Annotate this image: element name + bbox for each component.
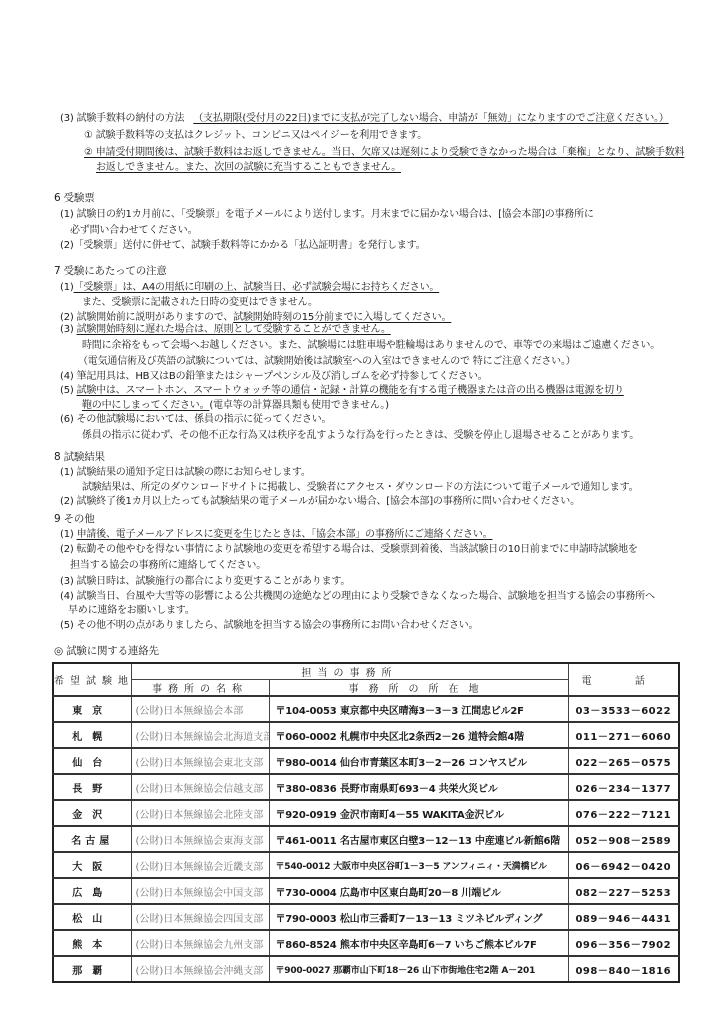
place-cell: 那覇 (53, 956, 131, 982)
table-row: 大阪 (公財)日本無線協会近畿支部 〒540-0012 大阪市中央区谷町1－3－… (53, 852, 679, 878)
other-item-5: (5) その他不明の点がありましたら、試験地を担当する協会の事務所にお問い合わせ… (60, 619, 478, 632)
office-name-cell: (公財)日本無線協会北陸支部 (131, 800, 269, 826)
notice-item-1-number: (1) (60, 282, 74, 293)
header-place: 希望試験地 (53, 663, 131, 696)
other-item-1-text: 申請後、電子メールアドレスに変更を生じたときは、「協会本部」の事務所にご連絡くだ… (77, 529, 493, 540)
notice-item-2-underlined: 試験開始時刻の15分前までに入場してください。 (233, 312, 451, 323)
table-row: 東京 (公財)日本無線協会本部 〒104-0053 東京都中央区晴海3－3－3 … (53, 696, 679, 722)
admission-ticket-item-2: (2)「受験票」送付に併せて、試験手数料等にかかる「払込証明書」を発行します。 (60, 239, 425, 252)
section-9-heading: 9 その他 (54, 513, 95, 526)
place-cell: 広島 (53, 878, 131, 904)
phone-cell: 022－265－0575 (568, 748, 679, 774)
office-name-cell: (公財)日本無線協会本部 (131, 696, 269, 722)
notice-item-1-cont: また、受験票に記載された日時の変更はできません。 (82, 296, 318, 309)
phone-cell: 076－222－7121 (568, 800, 679, 826)
place-cell: 熊本 (53, 930, 131, 956)
notice-item-6: (6) その他試験場においては、係員の指示に従ってください。 (60, 413, 331, 426)
admission-ticket-item-1-cont: 必ず問い合わせてください。 (70, 224, 197, 237)
notice-item-5-number: (5) (60, 385, 74, 396)
contacts-title: ◎ 試験に関する連絡先 (54, 645, 159, 658)
header-office-address: 事務所の所在地 (269, 680, 568, 697)
office-name-cell: (公財)日本無線協会中国支部 (131, 878, 269, 904)
section-7-heading: 7 受験にあたっての注意 (54, 265, 167, 278)
header-phone: 電 話 (568, 663, 679, 696)
results-item-2: (2) 試験終了後1カ月以上たっても試験結果の電子メールが届かない場合、[協会本… (60, 495, 580, 508)
fee-payment-item: (3) 試験手数料の納付の方法 （支払期限(受付月の22日)までに支払が完了しな… (60, 112, 669, 125)
place-cell: 大阪 (53, 852, 131, 878)
notice-item-5-cont: 鞄の中にしまってください。(電卓等の計算器具類も使用できません。) (82, 399, 389, 412)
table-row: 名古屋 (公財)日本無線協会東海支部 〒461-0011 名古屋市東区白壁3－1… (53, 826, 679, 852)
address-cell: 〒461-0011 名古屋市東区白壁3－12－13 中産連ビル新館6階 (269, 826, 568, 852)
address-cell: 〒860-8524 熊本市中央区辛島町6－7 いちご熊本ビル7F (269, 930, 568, 956)
notice-item-5-underlined-cont: 鞄の中にしまってください。 (82, 400, 209, 411)
phone-cell: 026－234－1377 (568, 774, 679, 800)
place-cell: 長野 (53, 774, 131, 800)
header-office-group: 担当の事務所 (131, 663, 568, 680)
table-row: 札幌 (公財)日本無線協会北海道支部 〒060-0002 札幌市中央区北2条西2… (53, 722, 679, 748)
other-item-4: (4) 試験当日、台風や大雪等の影響による公共機関の途絶などの理由により受験でき… (60, 590, 655, 603)
notice-item-5-text: 試験中は、スマートホン、スマートウォッチ等の通信・記録・計算の機能を有する電子機… (77, 385, 624, 396)
office-name-cell: (公財)日本無線協会北海道支部 (131, 722, 269, 748)
notice-item-3-text: 試験開始時刻に遅れた場合は、原則として受験することができません。 (77, 324, 391, 335)
fee-payment-deadline-note: （支払期限(受付月の22日)までに支払が完了しない場合、申請が「無効」になります… (193, 113, 668, 124)
place-cell: 東京 (53, 696, 131, 722)
address-cell: 〒540-0012 大阪市中央区谷町1－3－5 アンフィニィ・天満橋ビル (269, 852, 568, 878)
header-office-name: 事務所の名称 (131, 680, 269, 697)
table-row: 熊本 (公財)日本無線協会九州支部 〒860-8524 熊本市中央区辛島町6－7… (53, 930, 679, 956)
place-cell: 仙台 (53, 748, 131, 774)
notice-item-3: (3) 試験開始時刻に遅れた場合は、原則として受験することができません。 (60, 323, 391, 336)
table-row: 長野 (公財)日本無線協会信越支部 〒380-0836 長野市南県町693－4 … (53, 774, 679, 800)
address-cell: 〒380-0836 長野市南県町693－4 共栄火災ビル (269, 774, 568, 800)
notice-item-5-rest: (電卓等の計算器具類も使用できません。) (209, 400, 388, 411)
other-item-4-cont: 早めに連絡をお願いします。 (68, 604, 195, 617)
document-page: (3) 試験手数料の納付の方法 （支払期限(受付月の22日)までに支払が完了しな… (0, 0, 724, 1024)
fee-payment-methods: ① 試験手数料等の支払はクレジット、コンビニ又はペイジーを利用できます。 (84, 129, 427, 142)
table-row: 金沢 (公財)日本無線協会北陸支部 〒920-0919 金沢市南町4－55 WA… (53, 800, 679, 826)
fee-refund-note-line1: ② 申請受付期間後は、試験手数料はお返しできません。当日、欠席又は遅刻により受験… (84, 146, 684, 159)
fee-refund-note-line2: お返しできません。また、次回の試験に充当することもできません。 (96, 161, 401, 174)
phone-cell: 06－6942－0420 (568, 852, 679, 878)
notice-item-1: (1)「受験票」は、A4の用紙に印刷の上、試験当日、必ず試験会場にお持ちください… (60, 281, 439, 294)
notice-item-3-cont2: （電気通信術及び英語の試験については、試験開始後は試験室への入室はできませんので… (78, 355, 576, 368)
address-cell: 〒104-0053 東京都中央区晴海3－3－3 江間忠ビル2F (269, 696, 568, 722)
office-name-cell: (公財)日本無線協会東海支部 (131, 826, 269, 852)
other-item-1-number: (1) (60, 529, 74, 540)
address-cell: 〒980-0014 仙台市青葉区本町3－2－26 コンヤスビル (269, 748, 568, 774)
table-row: 仙台 (公財)日本無線協会東北支部 〒980-0014 仙台市青葉区本町3－2－… (53, 748, 679, 774)
place-cell: 札幌 (53, 722, 131, 748)
phone-cell: 052－908－2589 (568, 826, 679, 852)
place-cell: 名古屋 (53, 826, 131, 852)
phone-cell: 011－271－6060 (568, 722, 679, 748)
office-name-cell: (公財)日本無線協会九州支部 (131, 930, 269, 956)
office-name-cell: (公財)日本無線協会東北支部 (131, 748, 269, 774)
phone-cell: 098－840－1816 (568, 956, 679, 982)
phone-cell: 082－227－5253 (568, 878, 679, 904)
place-cell: 金沢 (53, 800, 131, 826)
fee-payment-title: (3) 試験手数料の納付の方法 (60, 113, 184, 124)
table-row: 那覇 (公財)日本無線協会沖縄支部 〒900-0027 那覇市山下町18－26 … (53, 956, 679, 982)
notice-item-2-text: (2) 試験開始前に説明がありますので、 (60, 312, 233, 323)
results-item-1-cont: 試験結果は、所定のダウンロードサイトに掲載し、受験者にアクセス・ダウンロードの方… (82, 481, 638, 494)
notice-item-3-cont1: 時間に余裕をもって会場へお越しください。また、試験場には駐車場や駐輪場はありませ… (82, 339, 660, 352)
office-name-cell: (公財)日本無線協会沖縄支部 (131, 956, 269, 982)
office-name-cell: (公財)日本無線協会信越支部 (131, 774, 269, 800)
other-item-2-cont: 担当する協会の事務所に連絡してください。 (70, 559, 266, 572)
table-row: 松山 (公財)日本無線協会四国支部 〒790-0003 松山市三番町7－13－1… (53, 904, 679, 930)
section-8-heading: 8 試験結果 (54, 451, 105, 464)
table-header-row-1: 希望試験地 担当の事務所 電 話 (53, 663, 679, 680)
office-name-cell: (公財)日本無線協会四国支部 (131, 904, 269, 930)
other-item-2: (2) 転勤その他やむを得ない事情により試験地の変更を希望する場合は、受験票到着… (60, 543, 638, 556)
table-row: 広島 (公財)日本無線協会中国支部 〒730-0004 広島市中区東白島町20－… (53, 878, 679, 904)
address-cell: 〒920-0919 金沢市南町4－55 WAKITA金沢ビル (269, 800, 568, 826)
contacts-table: 希望試験地 担当の事務所 電 話 事務所の名称 事務所の所在地 東京 (公財)日… (52, 662, 680, 983)
place-cell: 松山 (53, 904, 131, 930)
section-6-heading: 6 受験票 (54, 192, 95, 205)
admission-ticket-item-1: (1) 試験日の約1カ月前に、「受験票」を電子メールにより送付します。月末までに… (60, 208, 594, 221)
address-cell: 〒730-0004 広島市中区東白島町20－8 川端ビル (269, 878, 568, 904)
phone-cell: 096－356－7902 (568, 930, 679, 956)
office-name-cell: (公財)日本無線協会近畿支部 (131, 852, 269, 878)
other-item-3: (3) 試験日時は、試験施行の都合により変更することがあります。 (60, 575, 350, 588)
phone-cell: 03－3533－6022 (568, 696, 679, 722)
notice-item-5: (5) 試験中は、スマートホン、スマートウォッチ等の通信・記録・計算の機能を有す… (60, 384, 624, 397)
notice-item-3-number: (3) (60, 324, 74, 335)
notice-item-6-cont: 係員の指示に従わず、その他不正な行為又は秩序を乱すような行為を行ったときは、受験… (82, 429, 639, 442)
address-cell: 〒900-0027 那覇市山下町18－26 山下市街地住宅2階 A－201 (269, 956, 568, 982)
notice-item-1-text: 「受験票」は、A4の用紙に印刷の上、試験当日、必ず試験会場にお持ちください。 (74, 282, 440, 293)
other-item-1: (1) 申請後、電子メールアドレスに変更を生じたときは、「協会本部」の事務所にご… (60, 528, 492, 541)
address-cell: 〒060-0002 札幌市中央区北2条西2－26 道特会館4階 (269, 722, 568, 748)
address-cell: 〒790-0003 松山市三番町7－13－13 ミツネビルディング (269, 904, 568, 930)
phone-cell: 089－946－4431 (568, 904, 679, 930)
results-item-1: (1) 試験結果の通知予定日は試験の際にお知らせします。 (60, 466, 311, 479)
notice-item-4: (4) 筆記用具は、HB又はBの鉛筆またはシャープペンシル及び消しゴムを必ず持参… (60, 370, 488, 383)
